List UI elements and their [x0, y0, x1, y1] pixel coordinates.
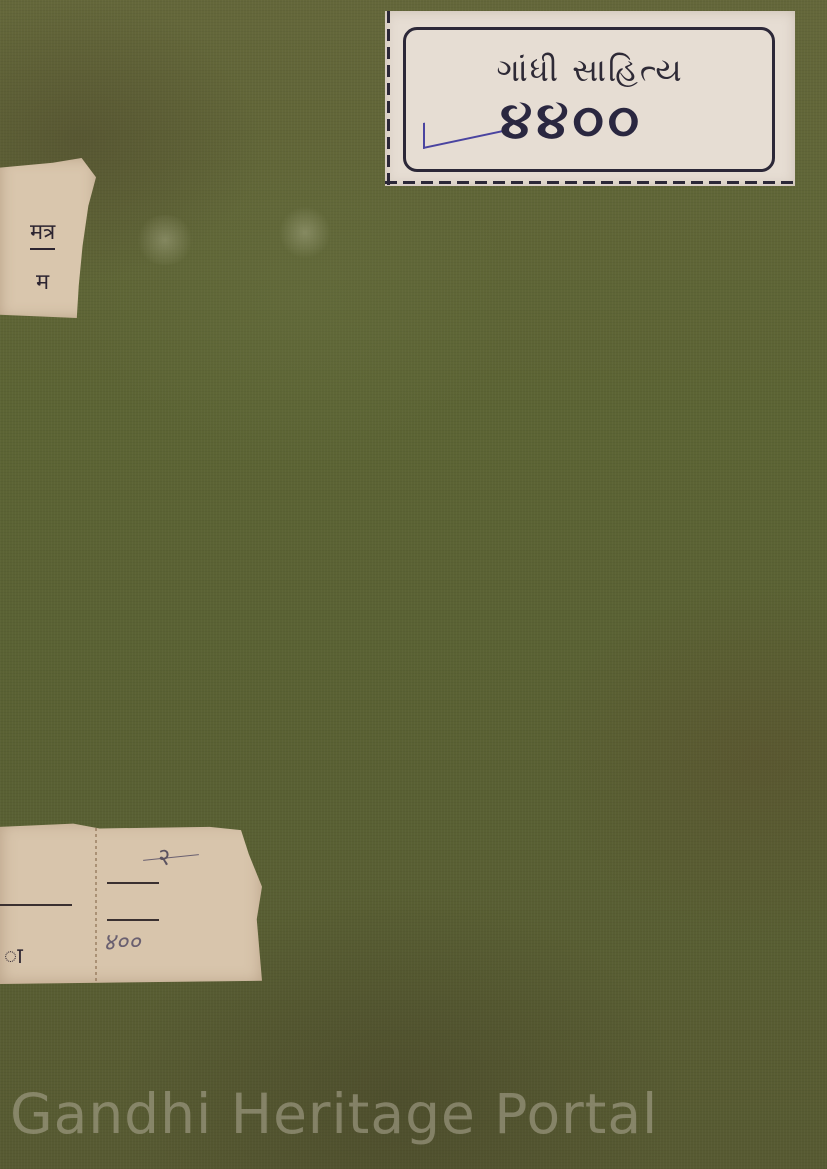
torn-label-number: ४०० — [103, 925, 140, 958]
form-line — [107, 882, 159, 884]
watermark: Gandhi Heritage Portal — [10, 1082, 658, 1146]
spine-label-text-2: म — [36, 266, 49, 296]
perforation-line — [95, 822, 97, 984]
torn-label: २ ४०० ा — [0, 822, 262, 984]
cover-scuff — [135, 215, 195, 265]
pencil-line — [143, 854, 199, 861]
torn-label-fragment: ा — [4, 940, 23, 970]
library-label-number: ૪૪૦૦ — [500, 91, 643, 152]
cover-scuff — [280, 205, 330, 260]
form-line — [107, 919, 159, 921]
spine-label-text-1: मत्र — [30, 216, 55, 250]
library-label-title: ગાંધી સાહિત્ય — [385, 51, 795, 90]
library-label: ગાંધી સાહિત્ય ૪૪૦૦ — [385, 11, 795, 186]
torn-label-mark: २ — [157, 840, 172, 874]
form-line — [0, 904, 72, 906]
